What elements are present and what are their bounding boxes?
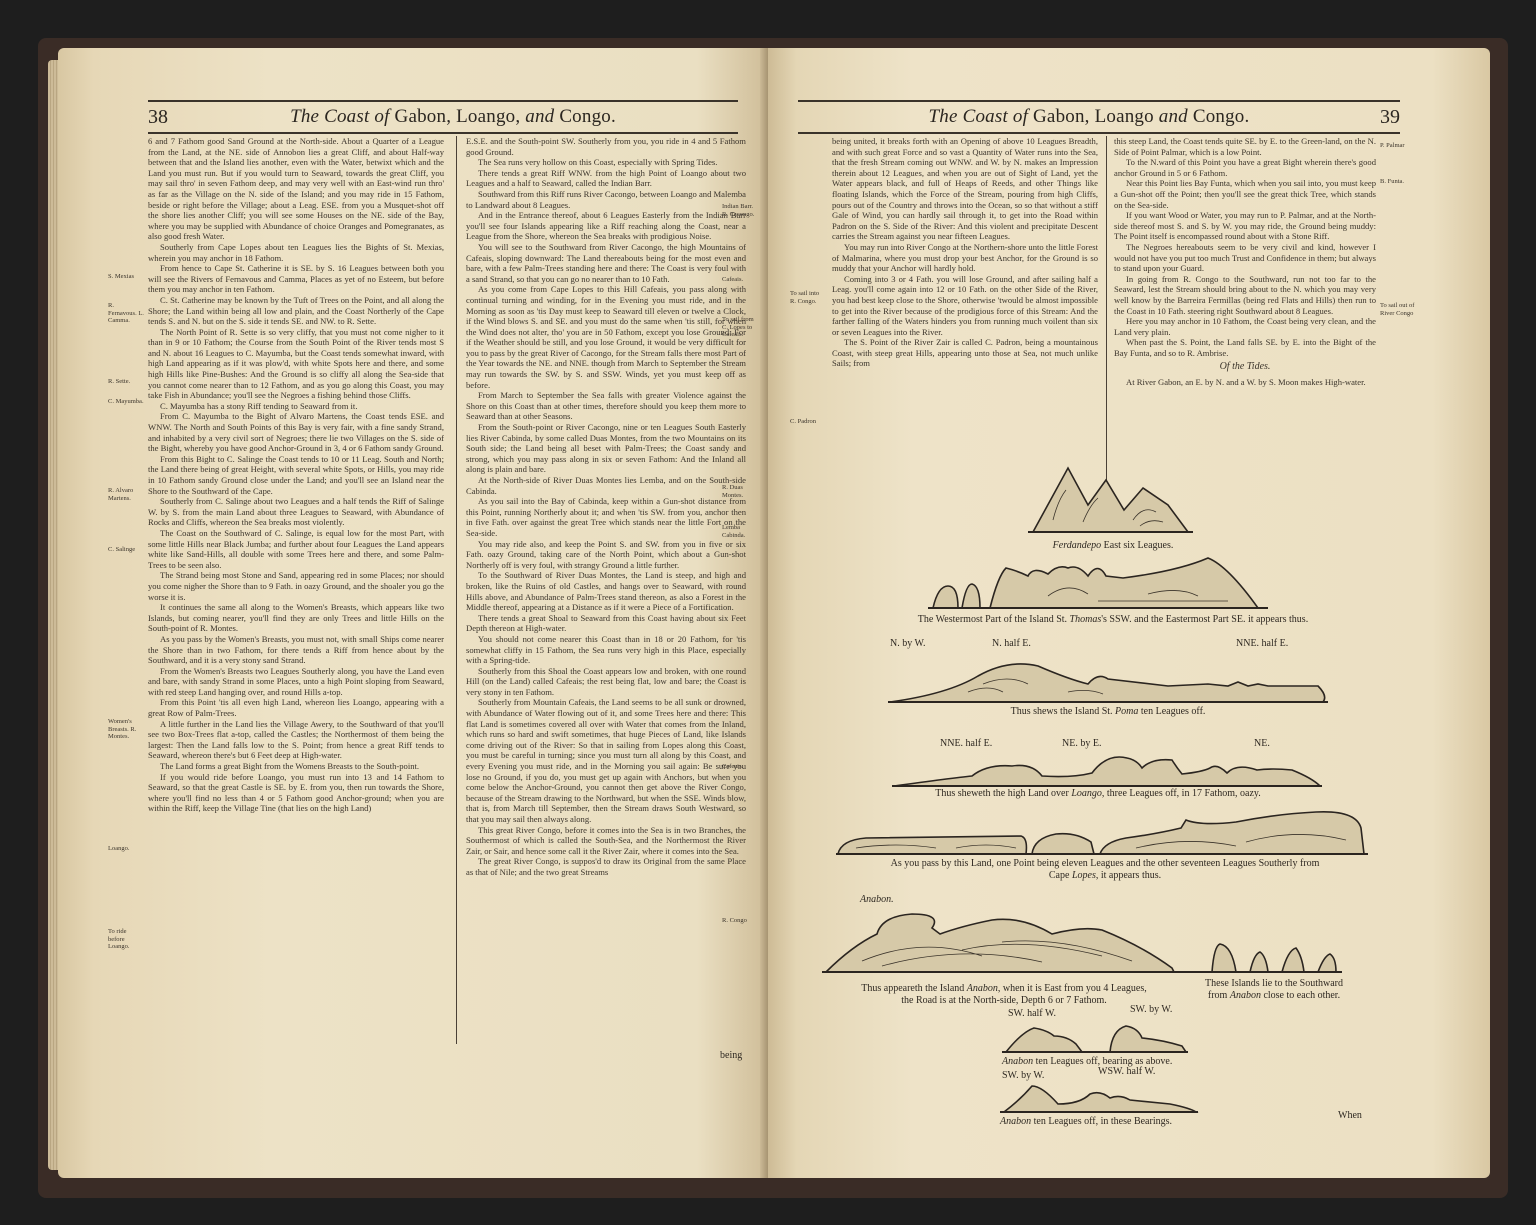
right-page: The Coast of Gabon, Loango and Congo. 39… bbox=[768, 48, 1490, 1178]
catchword: being bbox=[720, 1050, 742, 1061]
paragraph: You may ride also, and keep the Point S.… bbox=[466, 539, 746, 571]
paragraph: When past the S. Point, the Land falls S… bbox=[1114, 337, 1376, 358]
paragraph: Coming into 3 or 4 Fath. you will lose G… bbox=[832, 274, 1098, 338]
running-head: The Coast of Gabon, Loango and Congo. 39 bbox=[798, 100, 1400, 134]
paragraph: C. Mayumba has a stony Riff tending to S… bbox=[148, 401, 444, 412]
paragraph: The great River Congo, is suppos'd to dr… bbox=[466, 856, 746, 877]
caption-anabon-line1: Thus appeareth the Island Anabon, when i… bbox=[844, 983, 1164, 994]
caption-italic: Anabon bbox=[1002, 1056, 1033, 1067]
caption-italic: Anabon bbox=[1230, 990, 1261, 1001]
paragraph: In going from R. Congo to the Southward,… bbox=[1114, 274, 1376, 316]
paragraph: Southerly from Cape Lopes about ten Leag… bbox=[148, 242, 444, 263]
caption-italic: Lopes bbox=[1072, 870, 1096, 881]
caption-cape-lopes-line2: Cape Lopes, it appears thus. bbox=[820, 870, 1390, 881]
paragraph: As you come from Cape Lopes to this Hill… bbox=[466, 284, 746, 390]
caption-text: Thus shews the Island St. bbox=[1011, 706, 1115, 717]
paragraph: The Land forms a great Bight from the Wo… bbox=[148, 761, 444, 772]
margin-note: R. Fernavous. L. Camma. bbox=[108, 302, 144, 325]
paragraph: You will see to the Southward from River… bbox=[466, 242, 746, 284]
title-part: Gabon, Loango bbox=[1033, 106, 1154, 127]
bearing-label: SW. by W. bbox=[1130, 1004, 1172, 1015]
running-title: The Coast of Gabon, Loango, and Congo. bbox=[168, 106, 738, 128]
paragraph: If you want Wood or Water, you may run t… bbox=[1114, 210, 1376, 242]
paragraph: C. St. Catherine may be known by the Tuf… bbox=[148, 295, 444, 327]
paragraph: The Negroes hereabouts seem to be very c… bbox=[1114, 242, 1376, 274]
paragraph: The Sea runs very hollow on this Coast, … bbox=[466, 157, 746, 168]
title-part: Congo. bbox=[559, 106, 616, 127]
caption-text: East six Leagues. bbox=[1101, 540, 1173, 551]
text-column-2: E.S.E. and the South-point SW. Southerly… bbox=[466, 136, 746, 878]
margin-note: To ride before Loango. bbox=[108, 928, 144, 951]
margin-note: C. Mayumba. bbox=[108, 398, 144, 406]
margin-note: To sail into R. Congo. bbox=[790, 290, 826, 305]
title-part: The Coast of bbox=[290, 106, 390, 127]
caption-st-poma: Thus shews the Island St. Poma ten Leagu… bbox=[928, 706, 1288, 717]
paragraph: 6 and 7 Fathom good Sand Ground at the N… bbox=[148, 136, 444, 242]
paragraph: And in the Entrance thereof, about 6 Lea… bbox=[466, 210, 746, 242]
title-part: Congo. bbox=[1193, 106, 1250, 127]
paragraph: A little further in the Land lies the Vi… bbox=[148, 719, 444, 761]
caption-text: , it appears thus. bbox=[1096, 870, 1161, 881]
paragraph: From C. Mayumba to the Bight of Alvaro M… bbox=[148, 411, 444, 453]
bearing-label: SW. half W. bbox=[1008, 1008, 1056, 1019]
caption-islands-line1: These Islands lie to the Southward bbox=[1184, 978, 1364, 989]
caption-loango: Thus sheweth the high Land over Loango, … bbox=[898, 788, 1298, 799]
paragraph: being united, it breaks forth with an Op… bbox=[832, 136, 1098, 242]
caption-italic: Thomas bbox=[1070, 614, 1102, 625]
margin-note: P. Palmar bbox=[1380, 142, 1416, 150]
caption-text: close to each other. bbox=[1261, 990, 1340, 1001]
bearing-label: SW. by W. bbox=[1002, 1070, 1044, 1081]
margin-note: R. Alvaro Martens. bbox=[108, 487, 144, 502]
paragraph: The S. Point of the River Zair is called… bbox=[832, 337, 1098, 369]
bearing-label: WSW. half W. bbox=[1098, 1066, 1155, 1077]
margin-note: To sail out of River Congo bbox=[1380, 302, 1416, 317]
paragraph: You may run into River Congo at the Nort… bbox=[832, 242, 1098, 274]
column-rule bbox=[456, 136, 457, 1044]
margin-note: Cafeais. bbox=[722, 276, 758, 284]
paragraph: As you sail into the Bay of Cabinda, kee… bbox=[466, 496, 746, 538]
paragraph: It continues the same all along to the W… bbox=[148, 602, 444, 634]
title-part: Gabon, Loango, bbox=[395, 106, 521, 127]
coastal-profile-anabon-bearings bbox=[1000, 1082, 1200, 1114]
paragraph: this steep Land, the Coast tends quite S… bbox=[1114, 136, 1376, 157]
paragraph: The Strand being most Stone and Sand, ap… bbox=[148, 570, 444, 602]
title-part: and bbox=[525, 106, 554, 127]
page-number: 39 bbox=[1380, 106, 1400, 129]
paragraph: From this Point 'tis all even high Land,… bbox=[148, 697, 444, 718]
margin-note: Loango. bbox=[108, 845, 144, 853]
caption-text: , three Leagues off, in 17 Fathom, oazy. bbox=[1102, 788, 1261, 799]
running-title: The Coast of Gabon, Loango and Congo. bbox=[798, 106, 1380, 128]
paragraph: Southerly from C. Salinge about two Leag… bbox=[148, 496, 444, 528]
coastal-profile-anabon bbox=[822, 906, 1362, 976]
bearing-label: NNE. half E. bbox=[1236, 638, 1288, 649]
caption-text: Thus appeareth the Island bbox=[861, 983, 967, 994]
margin-note: Cafeais. bbox=[722, 763, 758, 771]
caption-italic: Loango bbox=[1071, 788, 1102, 799]
caption-text: Cape bbox=[1049, 870, 1072, 881]
paragraph: From the South-point or River Cacongo, n… bbox=[466, 422, 746, 475]
paragraph: Southward from this Riff runs River Caco… bbox=[466, 189, 746, 210]
paragraph: From March to September the Sea falls wi… bbox=[466, 390, 746, 422]
coastal-profile-anabon-above bbox=[1002, 1022, 1192, 1054]
section-heading: Of the Tides. bbox=[1114, 362, 1376, 373]
text-column-1: being united, it breaks forth with an Op… bbox=[832, 136, 1098, 369]
title-part: and bbox=[1159, 106, 1188, 127]
column-rule bbox=[1106, 136, 1107, 506]
paragraph: There tends a great Shoal to Seaward fro… bbox=[466, 613, 746, 634]
bearing-label: N. by W. bbox=[890, 638, 926, 649]
caption-anabon-line2: the Road is at the North-side, Depth 6 o… bbox=[844, 995, 1164, 1006]
paragraph: E.S.E. and the South-point SW. Southerly… bbox=[466, 136, 746, 157]
anabon-label: Anabon. bbox=[860, 894, 894, 905]
coastal-profile-st-thomas bbox=[928, 556, 1278, 611]
caption-text: 's SSW. and the Eastermost Part SE. it a… bbox=[1101, 614, 1308, 625]
margin-note: C. Salinge bbox=[108, 546, 144, 554]
caption-islands-line2: from Anabon close to each other. bbox=[1184, 990, 1364, 1001]
margin-note: Women's Breasts. R. Montes. bbox=[108, 718, 144, 741]
margin-note: B. Funta. bbox=[1380, 178, 1416, 186]
paragraph: From the Women's Breasts two Leagues Sou… bbox=[148, 666, 444, 698]
margin-note: Lemba Cabinda. bbox=[722, 524, 758, 539]
caption-italic: Ferdandepo bbox=[1053, 540, 1102, 551]
margin-note: R. Sette. bbox=[108, 378, 144, 386]
page-number: 38 bbox=[148, 106, 168, 129]
caption-text: Thus sheweth the high Land over bbox=[935, 788, 1071, 799]
margin-note: Indian Barr. R. Cacongo. bbox=[722, 203, 758, 218]
paragraph: You should not come nearer this Coast th… bbox=[466, 634, 746, 666]
caption-anabon-bearings: Anabon ten Leagues off, in these Bearing… bbox=[1000, 1116, 1172, 1127]
paragraph: Southerly from Mountain Cafeais, the Lan… bbox=[466, 697, 746, 824]
paragraph: At the North-side of River Duas Montes l… bbox=[466, 475, 746, 496]
caption-text: from bbox=[1208, 990, 1230, 1001]
paragraph: From this Bight to C. Salinge the Coast … bbox=[148, 454, 444, 496]
coastal-profile-ferdandepo bbox=[1028, 460, 1198, 535]
text-column-2: this steep Land, the Coast tends quite S… bbox=[1114, 136, 1376, 388]
caption-text: , when it is East from you 4 Leagues, bbox=[998, 983, 1147, 994]
paragraph: The Coast on the Southward of C. Salinge… bbox=[148, 528, 444, 570]
paragraph: From hence to Cape St. Catherine it is S… bbox=[148, 263, 444, 295]
running-head: 38 The Coast of Gabon, Loango, and Congo… bbox=[148, 100, 738, 134]
paragraph: Here you may anchor in 10 Fathom, the Co… bbox=[1114, 316, 1376, 337]
catchword: When bbox=[1338, 1110, 1362, 1121]
paragraph: Southerly from this Shoal the Coast appe… bbox=[466, 666, 746, 698]
bearing-label: N. half E. bbox=[992, 638, 1031, 649]
paragraph: Near this Point lies Bay Funta, which wh… bbox=[1114, 178, 1376, 210]
title-part: The Coast of bbox=[929, 106, 1029, 127]
paragraph: To the N.ward of this Point you have a g… bbox=[1114, 157, 1376, 178]
caption-text: ten Leagues off, in these Bearings. bbox=[1031, 1116, 1172, 1127]
margin-note: R. Duas Montes. bbox=[722, 484, 758, 499]
coastal-profile-loango bbox=[892, 748, 1322, 788]
paragraph: There tends a great Riff WNW. from the h… bbox=[466, 168, 746, 189]
paragraph: The North Point of R. Sette is so very c… bbox=[148, 327, 444, 401]
coastal-profile-cape-lopes bbox=[836, 806, 1368, 856]
caption-italic: Poma bbox=[1115, 706, 1138, 717]
caption-text: The Westermost Part of the Island St. bbox=[918, 614, 1070, 625]
paragraph: If you would ride before Loango, you mus… bbox=[148, 772, 444, 814]
text-column-1: 6 and 7 Fathom good Sand Ground at the N… bbox=[148, 136, 444, 814]
caption-italic: Anabon bbox=[1000, 1116, 1031, 1127]
margin-note: C. Padron bbox=[790, 418, 826, 426]
margin-note: S. Mexias bbox=[108, 273, 144, 281]
margin-note: To sail from C. Lopes to Cafeais. bbox=[722, 316, 758, 339]
caption-italic: Anabon bbox=[967, 983, 998, 994]
caption-text: ten Leagues off. bbox=[1138, 706, 1205, 717]
paragraph: To the Southward of River Duas Montes, t… bbox=[466, 570, 746, 612]
caption-cape-lopes-line1: As you pass by this Land, one Point bein… bbox=[820, 858, 1390, 869]
paragraph: At River Gabon, an E. by N. and a W. by … bbox=[1114, 377, 1376, 388]
paragraph: This great River Congo, before it comes … bbox=[466, 825, 746, 857]
paragraph: As you pass by the Women's Breasts, you … bbox=[148, 634, 444, 666]
caption-ferdandepo: Ferdandepo East six Leagues. bbox=[1028, 540, 1198, 551]
caption-st-thomas: The Westermost Part of the Island St. Th… bbox=[863, 614, 1363, 625]
left-page: 38 The Coast of Gabon, Loango, and Congo… bbox=[58, 48, 768, 1178]
coastal-profile-st-poma bbox=[888, 654, 1328, 704]
margin-note: R. Congo bbox=[722, 917, 758, 925]
